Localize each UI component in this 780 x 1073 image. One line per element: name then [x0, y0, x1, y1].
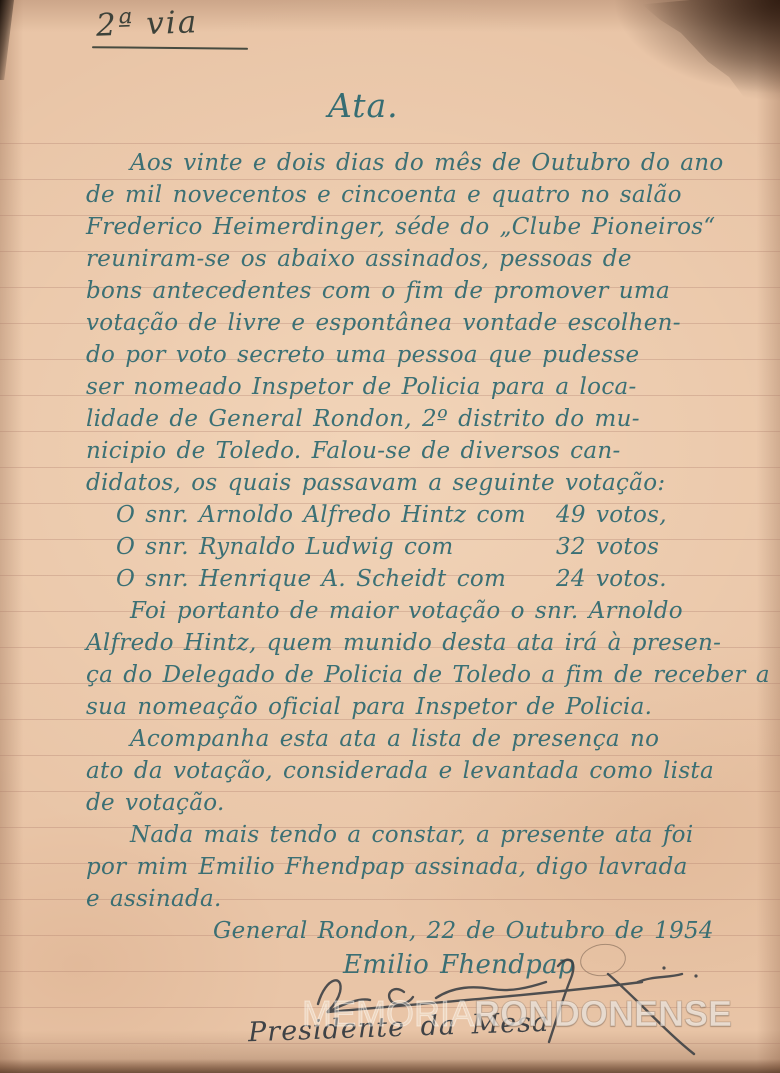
handwritten-line: Acompanha esta ata a lista de presença n…: [86, 726, 770, 758]
handwritten-line: ça do Delegado de Policia de Toledo a fi…: [86, 662, 770, 694]
pencil-signature-scrawl: [308, 952, 708, 1062]
handwritten-line: reuniram-se os abaixo assinados, pessoas…: [86, 246, 770, 278]
vote-line: O snr. Arnoldo Alfredo Hintz com 49 voto…: [86, 502, 770, 534]
vote-line: O snr. Rynaldo Ludwig com 32 votos: [86, 534, 770, 566]
handwritten-line: sua nomeação oficial para Inspetor de Po…: [86, 694, 770, 726]
handwritten-line: Foi portanto de maior votação o snr. Arn…: [86, 598, 770, 630]
annotation-underline: [92, 46, 248, 50]
vote-candidate: O snr. Rynaldo Ludwig com: [116, 534, 453, 560]
handwritten-line: Nada mais tendo a constar, a presente at…: [86, 822, 770, 854]
scanned-document-page: 2ª via Ata. Aos vinte e dois dias do mês…: [0, 0, 780, 1073]
dateline: General Rondon, 22 de Outubro de 1954: [213, 918, 770, 950]
handwritten-line: nicipio de Toledo. Falou-se de diversos …: [86, 438, 770, 470]
vote-line: O snr. Henrique A. Scheidt com 24 votos.: [86, 566, 770, 598]
vote-count: 49 votos,: [556, 502, 667, 528]
document-title: Ata.: [328, 86, 399, 125]
handwritten-line: ser nomeado Inspetor de Policia para a l…: [86, 374, 770, 406]
handwritten-line: bons antecedentes com o fim de promover …: [86, 278, 770, 310]
document-body: Aos vinte e dois dias do mês de Outubro …: [86, 150, 770, 986]
handwritten-line: do por voto secreto uma pessoa que pudes…: [86, 342, 770, 374]
vote-count: 32 votos: [556, 534, 659, 560]
handwritten-line: ato da votação, considerada e levantada …: [86, 758, 770, 790]
handwritten-line: de mil novecentos e cincoenta e quatro n…: [86, 182, 770, 214]
vote-candidate: O snr. Henrique A. Scheidt com: [116, 566, 506, 592]
handwritten-line: votação de livre e espontânea vontade es…: [86, 310, 770, 342]
handwritten-line: Frederico Heimerdinger, séde do „Clube P…: [86, 214, 770, 246]
handwritten-line: Alfredo Hintz, quem munido desta ata irá…: [86, 630, 770, 662]
handwritten-line: Aos vinte e dois dias do mês de Outubro …: [86, 150, 770, 182]
handwritten-line: lidade de General Rondon, 2º distrito do…: [86, 406, 770, 438]
copy-annotation: 2ª via: [95, 4, 198, 44]
vote-candidate: O snr. Arnoldo Alfredo Hintz com: [116, 502, 526, 528]
handwritten-line: de votação.: [86, 790, 770, 822]
handwritten-line: por mim Emilio Fhendpap assinada, digo l…: [86, 854, 770, 886]
handwritten-line: didatos, os quais passavam a seguinte vo…: [86, 470, 770, 502]
page-shadow-top-left: [0, 0, 14, 80]
handwritten-line: e assinada.: [86, 886, 770, 918]
vote-count: 24 votos.: [556, 566, 667, 592]
